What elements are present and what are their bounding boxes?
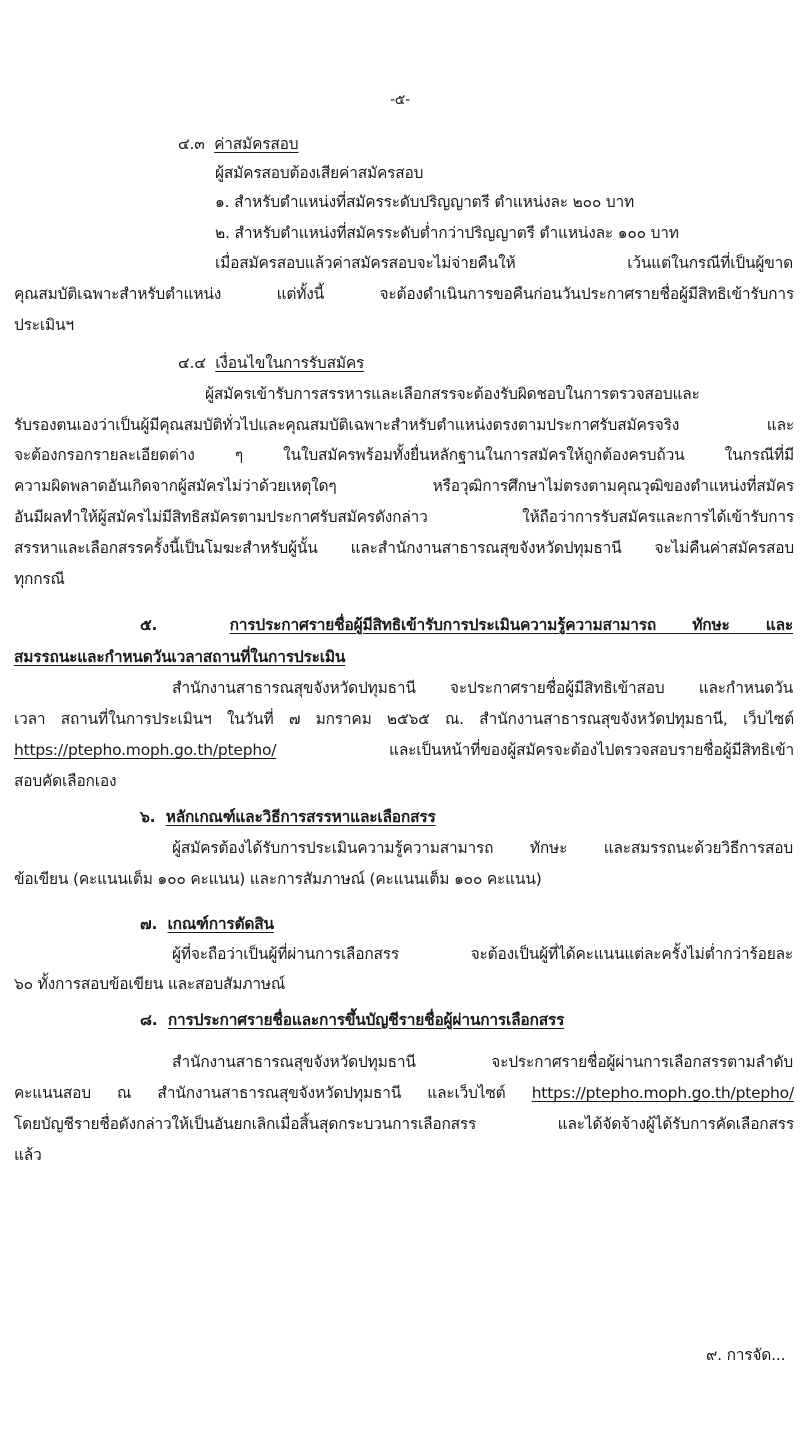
section-title: การประกาศรายชื่อผู้มีสิทธิเข้ารับการประเ…	[230, 616, 793, 634]
refund-paragraph-line: คุณสมบัติเฉพาะสำหรับตำแหน่ง แต่ทั้งนี้ จ…	[14, 282, 794, 306]
section-7-paragraph-line: ๖๐ ทั้งการสอบข้อเขียน และสอบสัมภาษณ์	[14, 972, 285, 996]
section-number: ๔.๔	[178, 354, 206, 372]
ptepho-website-link[interactable]: https://ptepho.moph.go.th/ptepho/	[14, 741, 276, 759]
section-6-paragraph-line: ข้อเขียน (คะแนนเต็ม ๑๐๐ คะแนน) และการสัม…	[14, 867, 542, 891]
conditions-paragraph-line: ความผิดพลาดอันเกิดจากผู้สมัครไม่ว่าด้วยเ…	[14, 474, 794, 498]
fee-item-below-bachelor: ๒. สำหรับตำแหน่งที่สมัครระดับต่ำกว่าปริญ…	[215, 221, 679, 245]
conditions-paragraph-line: รับรองตนเองว่าเป็นผู้มีคุณสมบัติทั่วไปแล…	[14, 413, 794, 437]
section-8-paragraph-line: แล้ว	[14, 1143, 42, 1167]
ptepho-website-link[interactable]: https://ptepho.moph.go.th/ptepho/	[532, 1084, 794, 1102]
refund-paragraph-line: ประเมินฯ	[14, 313, 74, 337]
conditions-paragraph-line: สรรหาและเลือกสรรครั้งนี้เป็นโมฆะสำหรับผู…	[14, 536, 794, 560]
section-title: การประกาศรายชื่อและการขึ้นบัญชีรายชื่อผู…	[168, 1011, 564, 1029]
continuation-marker: ๙. การจัด...	[706, 1343, 785, 1367]
section-4-3-heading: ๔.๓ ค่าสมัครสอบ	[178, 132, 298, 156]
section-5-paragraph-line: สอบคัดเลือกเอง	[14, 769, 116, 793]
section-number: ๔.๓	[178, 135, 205, 153]
conditions-paragraph-line: ทุกกรณี	[14, 567, 65, 591]
section-7-heading: ๗. เกณฑ์การตัดสิน	[140, 912, 274, 936]
section-4-4-heading: ๔.๔ เงื่อนไขในการรับสมัคร	[178, 351, 364, 375]
section-5-title-line2: สมรรถนะและกำหนดวันเวลาสถานที่ในการประเมิ…	[14, 645, 345, 669]
section-number: ๗.	[140, 915, 157, 933]
section-6-paragraph-line: ผู้สมัครต้องได้รับการประเมินความรู้ความส…	[172, 836, 793, 860]
section-title: หลักเกณฑ์และวิธีการสรรหาและเลือกสรร	[166, 808, 436, 826]
section-title: เงื่อนไขในการรับสมัคร	[215, 354, 364, 372]
section-8-paragraph-line: โดยบัญชีรายชื่อดังกล่าวให้เป็นอันยกเลิกเ…	[14, 1112, 794, 1136]
section-title: เกณฑ์การตัดสิน	[168, 915, 274, 933]
section-8-heading: ๘. การประกาศรายชื่อและการขึ้นบัญชีรายชื่…	[140, 1008, 564, 1032]
section-6-heading: ๖. หลักเกณฑ์และวิธีการสรรหาและเลือกสรร	[140, 805, 436, 829]
section-5-paragraph-rest: และเป็นหน้าที่ของผู้สมัครจะต้องไปตรวจสอบ…	[389, 741, 794, 759]
section-5-paragraph-line: เวลา สถานที่ในการประเมินฯ ในวันที่ ๗ มกร…	[14, 707, 794, 731]
section-5-heading: ๕. การประกาศรายชื่อผู้มีสิทธิเข้ารับการป…	[140, 613, 793, 637]
section-number: ๖.	[140, 808, 155, 826]
conditions-paragraph-line: อันมีผลทำให้ผู้สมัครไม่มีสิทธิสมัครตามปร…	[14, 505, 794, 529]
section-5-paragraph-line: https://ptepho.moph.go.th/ptepho/ และเป็…	[14, 738, 794, 762]
section-title: ค่าสมัครสอบ	[214, 135, 298, 153]
section-number: ๘.	[140, 1011, 157, 1029]
fee-item-bachelor: ๑. สำหรับตำแหน่งที่สมัครระดับปริญญาตรี ต…	[215, 190, 634, 214]
section-4-3-intro: ผู้สมัครสอบต้องเสียค่าสมัครสอบ	[215, 161, 423, 185]
section-8-paragraph-text: คะแนนสอบ ณ สำนักงานสาธารณสุขจังหวัดปทุมธ…	[14, 1084, 506, 1102]
conditions-paragraph-line: จะต้องกรอกรายละเอียดต่าง ๆ ในใบสมัครพร้อ…	[14, 443, 794, 467]
conditions-paragraph-line: ผู้สมัครเข้ารับการสรรหารและเลือกสรรจะต้อ…	[205, 382, 793, 406]
section-number: ๕.	[140, 616, 157, 634]
page-number: -๕-	[0, 88, 800, 112]
section-7-paragraph-line: ผู้ที่จะถือว่าเป็นผู้ที่ผ่านการเลือกสรร …	[172, 942, 793, 966]
section-5-paragraph-line: สำนักงานสาธารณสุขจังหวัดปทุมธานี จะประกา…	[172, 676, 793, 700]
refund-paragraph-line: เมื่อสมัครสอบแล้วค่าสมัครสอบจะไม่จ่ายคืน…	[215, 251, 793, 275]
section-8-paragraph-line: คะแนนสอบ ณ สำนักงานสาธารณสุขจังหวัดปทุมธ…	[14, 1081, 794, 1105]
section-8-paragraph-line: สำนักงานสาธารณสุขจังหวัดปทุมธานี จะประกา…	[172, 1050, 793, 1074]
